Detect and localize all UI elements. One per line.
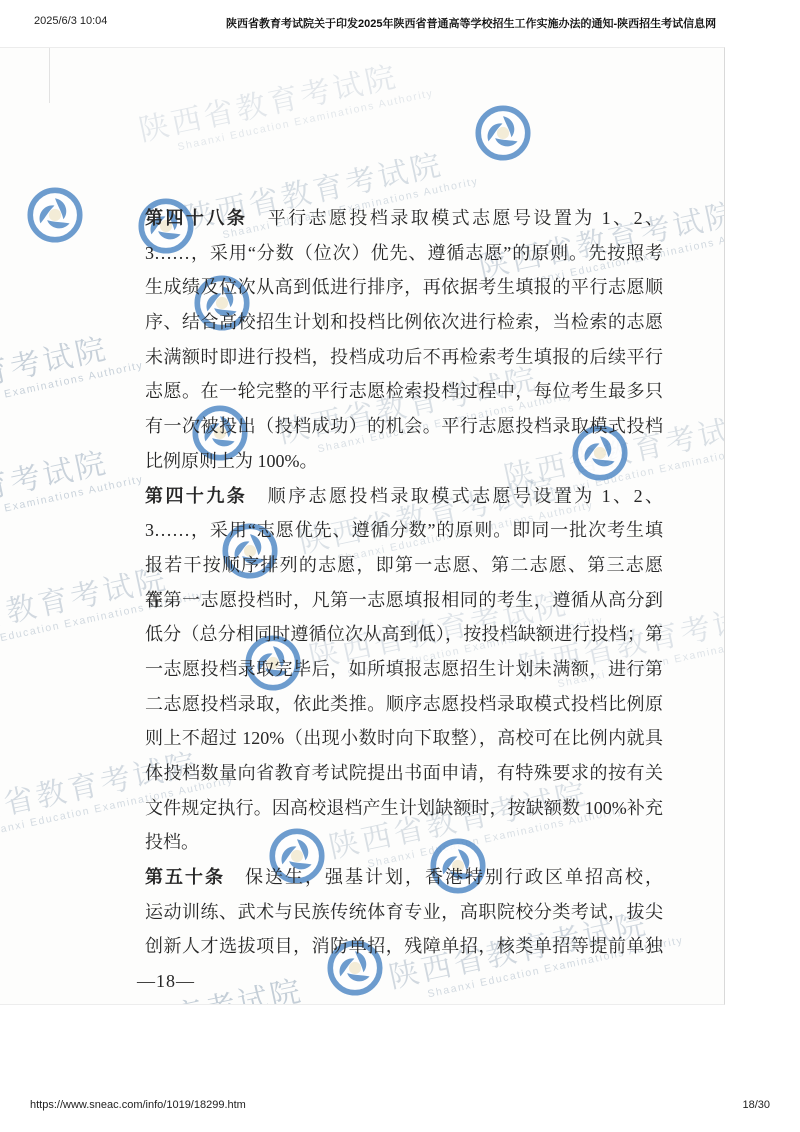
document-line: 运动训练、武术与民族传统体育专业，高职院校分类考试，拔尖: [145, 895, 663, 930]
document-line: 第四十九条 顺序志愿投档录取模式志愿号设置为 1、2、: [145, 479, 663, 514]
document-line: 体投档数量向省教育考试院提出书面申请，有特殊要求的按有关: [145, 756, 663, 791]
document-line: 有一次被投出（投档成功）的机会。平行志愿投档录取模式投档: [145, 409, 663, 444]
document-line: 创新人才选拔项目，消防单招，残障单招，核类单招等提前单独: [145, 929, 663, 964]
print-footer-page-indicator: 18/30: [742, 1099, 770, 1111]
page-number: —18—: [137, 964, 663, 999]
document-line: 第五十条 保送生，强基计划，香港特别行政区单招高校，: [145, 860, 663, 895]
print-header-title: 陕西省教育考试院关于印发2025年陕西省普通高等学校招生工作实施办法的通知-陕西…: [226, 15, 716, 31]
document-line: 一志愿投档录取完毕后，如所填报志愿招生计划未满额，进行第: [145, 652, 663, 687]
article-number: 第四十八条: [145, 208, 247, 228]
examinations-authority-logo-icon: [475, 105, 531, 161]
document-text: 第四十八条 平行志愿投档录取模式志愿号设置为 1、2、3……，采用“分数（位次）…: [145, 201, 663, 999]
watermark-stamp: 陕西省教育考试院Shaanxi Education Examinations A…: [0, 431, 145, 546]
document-line: 报若干按顺序排列的志愿，即第一志愿、第二志愿、第三志愿等。: [145, 548, 663, 583]
document-line: 志愿。在一轮完整的平行志愿检索投档过程中，每位考生最多只: [145, 374, 663, 409]
document-line: 投档。: [145, 825, 663, 860]
document-line: 3……，采用“志愿优先、遵循分数”的原则。即同一批次考生填: [145, 513, 663, 548]
document-line: 生成绩及位次从高到低进行排序，再依据考生填报的平行志愿顺: [145, 270, 663, 305]
print-header: 2025/6/3 10:04 陕西省教育考试院关于印发2025年陕西省普通高等学…: [0, 15, 800, 33]
print-footer: https://www.sneac.com/info/1019/18299.ht…: [0, 1099, 800, 1115]
document-line: 文件规定执行。因高校退档产生计划缺额时，按缺额数 100%补充: [145, 791, 663, 826]
document-line: 第四十八条 平行志愿投档录取模式志愿号设置为 1、2、: [145, 201, 663, 236]
document-line: 未满额时即进行投档，投档成功后不再检索考生填报的后续平行: [145, 340, 663, 375]
scanned-document-page: 陕西省教育考试院Shaanxi Education Examinations A…: [0, 47, 725, 1005]
document-line: 低分（总分相同时遵循位次从高到低），按投档缺额进行投档；第: [145, 617, 663, 652]
print-footer-url: https://www.sneac.com/info/1019/18299.ht…: [30, 1099, 246, 1111]
article-number: 第四十九条: [145, 486, 247, 506]
document-line: 在第一志愿投档时，凡第一志愿填报相同的考生，遵循从高分到: [145, 583, 663, 618]
article-number: 第五十条: [145, 867, 225, 887]
document-line: 则上不超过 120%（出现小数时向下取整），高校可在比例内就具: [145, 721, 663, 756]
watermark-stamp: 陕西省教育考试院Shaanxi Education Examinations A…: [0, 317, 145, 432]
document-line: 序、结合高校招生计划和投档比例依次进行检索，当检索的志愿: [145, 305, 663, 340]
examinations-authority-logo-icon: [27, 187, 83, 243]
document-line: 3……，采用“分数（位次）优先、遵循志愿”的原则。先按照考: [145, 236, 663, 271]
document-line: 比例原则上为 100%。: [145, 444, 663, 479]
document-line: 二志愿投档录取，依此类推。顺序志愿投档录取模式投档比例原: [145, 687, 663, 722]
watermark-stamp: 陕西省教育考试院Shaanxi Education Examinations A…: [134, 47, 434, 160]
print-header-datetime: 2025/6/3 10:04: [34, 15, 107, 27]
